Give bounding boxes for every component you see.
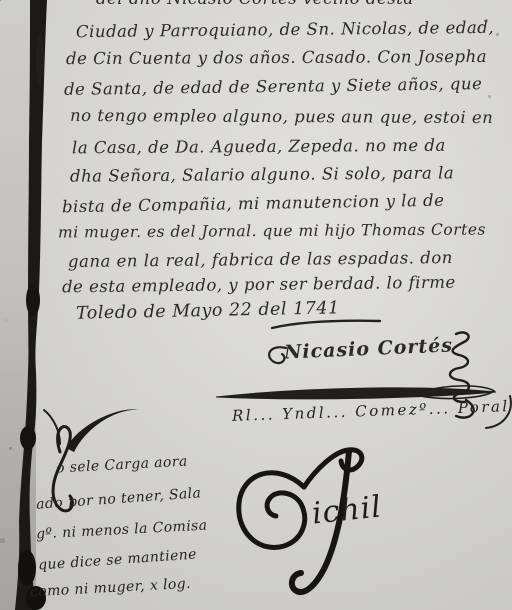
- manuscript-line: la Casa, de Da. Agueda, Zepeda. no me da: [72, 138, 446, 157]
- manuscript-line: bista de Compañia, mi manutencion y la d…: [62, 193, 445, 216]
- nichil-word-rest: ichil: [311, 492, 384, 529]
- manuscript-page-photo: del dho Nicasio Cortes vecino desta Ciud…: [0, 0, 512, 610]
- manuscript-line: de Santa, de edad de Serenta y Siete año…: [64, 76, 483, 98]
- notary-end-swash-icon: [466, 392, 512, 432]
- date-underline-flourish: [268, 318, 388, 334]
- manuscript-line: Ciudad y Parroquiano, de Sn. Nicolas, de…: [76, 20, 494, 41]
- manuscript-line: gana en la real, fabrica de las espadas.…: [68, 250, 453, 271]
- manuscript-line: de esta empleado, y por ser berdad. lo f…: [62, 275, 456, 296]
- manuscript-line: mi muger. es del Jornal. que mi hijo Tho…: [58, 223, 486, 241]
- signature-opening-swash-icon: [262, 342, 292, 368]
- manuscript-line: dha Señora, Salario alguno. Si solo, par…: [70, 165, 454, 185]
- manuscript-line: de Cin Cuenta y dos años. Casado. Con Jo…: [66, 49, 487, 68]
- manuscript-line-partial-top: del dho Nicasio Cortes vecino desta: [96, 0, 414, 8]
- manuscript-line: no tengo empleo alguno, pues aun que, es…: [70, 108, 493, 127]
